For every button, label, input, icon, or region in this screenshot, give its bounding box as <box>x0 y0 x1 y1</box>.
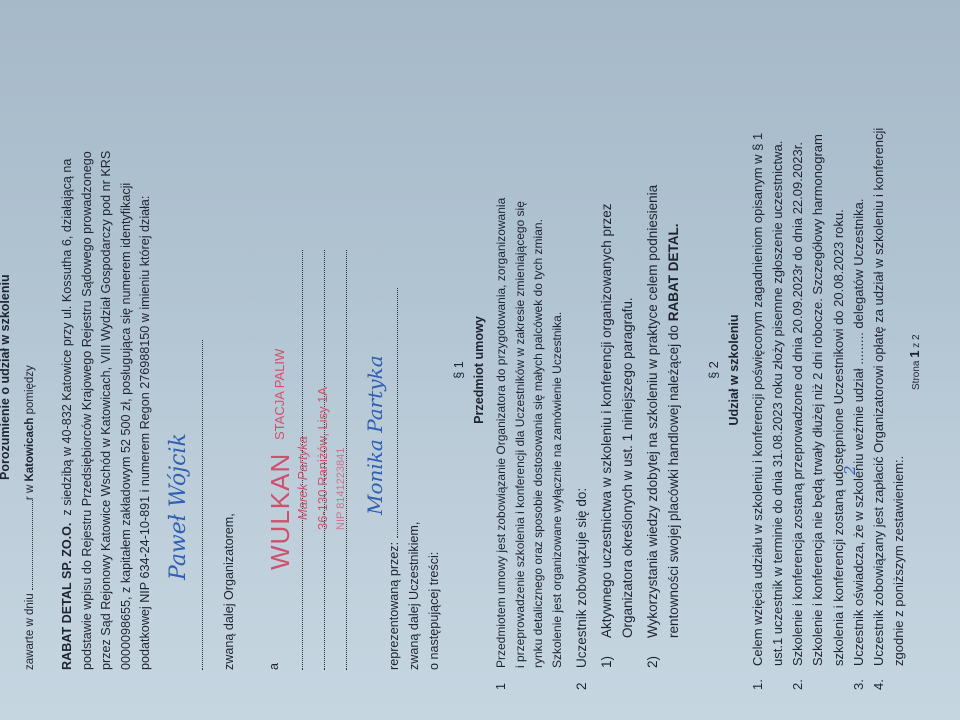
stamp-person: Marek Partyka <box>293 436 313 520</box>
section2-item-4: 4. Uczestnik zobowiązany jest zapłacić O… <box>869 30 909 690</box>
content-label: o następującej treści: <box>425 552 445 670</box>
section2-item-2: 2. Szkolenie i konferencja zostaną przep… <box>788 30 848 690</box>
organizer-label: zwaną dalej Organizatorem, <box>220 513 240 670</box>
page-number: Strona 1 z 2 <box>905 334 925 390</box>
section1-heading: Przedmiot umowy <box>470 50 490 690</box>
participant-signature: Monika Partyka <box>360 355 391 515</box>
document-page: Porozumienie o udział w szkoleniu zawart… <box>0 0 960 720</box>
organizer-paragraph: RABAT DETAL SP. ZO.O. z siedzibą w 40-83… <box>58 50 156 670</box>
section2-items: 1. Celem wzięcia udziału w szkoleniu i k… <box>748 30 909 690</box>
stamp-nip: NIP 8141223841 <box>333 448 350 530</box>
and-label: a <box>265 663 285 670</box>
stamp-type: STACJA PALIW <box>270 349 290 440</box>
organizer-signature: Paweł Wójcik <box>162 433 196 580</box>
stamp-address: 36-130 Raniżów, Lisy 1A <box>313 387 333 530</box>
section2-number: § 2 <box>705 50 725 690</box>
section2-item-1: 1. Celem wzięcia udziału w szkoleniu i k… <box>748 30 788 690</box>
section1-number: § 1 <box>450 50 470 690</box>
document-title: Porozumienie o udział w szkoleniu <box>0 274 15 480</box>
section1-item-1: 1 Przedmiotem umowy jest zobowiązanie Or… <box>492 50 566 690</box>
section2-heading: Udział w szkoleniu <box>725 50 745 690</box>
delegates-count: 2 <box>839 465 862 475</box>
intro-line: zawarte w dniu r w Katowicach pomiędzy <box>22 365 40 670</box>
section1-item-2: 2 Uczestnik zobowiązuje się do: 1) Aktyw… <box>572 50 685 690</box>
date-field <box>32 500 33 590</box>
participant-label: zwaną dalej Uczestnikiem, <box>405 522 425 670</box>
section2-item-3: 3. Uczestnik oświadcza, że w szkoleniu w… <box>849 30 869 690</box>
